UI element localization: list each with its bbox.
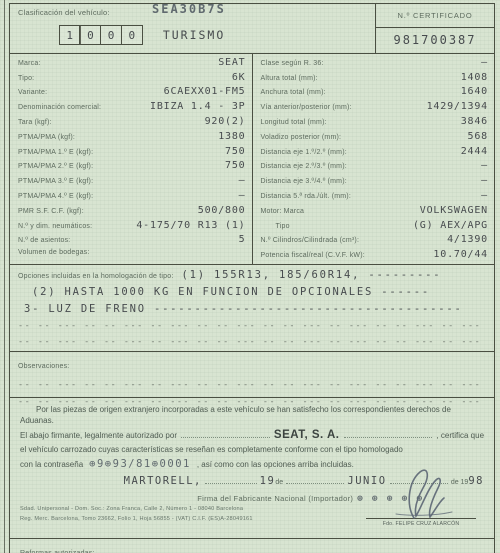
spec-value: SEAT bbox=[218, 57, 245, 68]
spec-value: IBIZA 1.4 - 3P bbox=[150, 101, 246, 112]
spec-value: 500/800 bbox=[198, 205, 246, 216]
conformity-text: el vehículo carrozado cuyas característi… bbox=[20, 444, 484, 455]
reformas-section: Reformas autorizadas: bbox=[10, 538, 494, 553]
spec-label: N.º Cilindros/Cilindrada (cm³): bbox=[261, 237, 360, 244]
spec-label: Tipo bbox=[261, 223, 290, 230]
spec-row: Anchura total (mm):1640 bbox=[261, 86, 489, 101]
spec-value: (G) AEX/APG bbox=[413, 220, 488, 231]
spec-value: 1640 bbox=[461, 86, 488, 97]
spec-row: Distancia eje 3.º/4.º (mm):— bbox=[261, 175, 489, 190]
spec-row: PTMA/PMA 3.º E (kgf):— bbox=[18, 175, 246, 190]
spec-label: Anchura total (mm): bbox=[261, 89, 326, 96]
spec-label: N.º de asientos: bbox=[18, 237, 70, 244]
spec-value: 1380 bbox=[218, 131, 245, 142]
signer-name: Fdo. FELIPE CRUZ ALARCÓN bbox=[366, 518, 476, 528]
spec-value: 1408 bbox=[461, 72, 488, 83]
spec-value: 10.70/44 bbox=[433, 249, 488, 260]
password-post-text: , así como con las opciones arriba inclu… bbox=[197, 459, 354, 470]
spec-row: Distancia 5.ª rda./últ. (mm):— bbox=[261, 190, 489, 205]
spec-label: Longitud total (mm): bbox=[261, 119, 327, 126]
spec-value: 4/1390 bbox=[447, 234, 488, 245]
classification-label: Clasificación del vehículo: bbox=[18, 8, 110, 17]
spec-column-right: Clase según R. 36:—Altura total (mm):140… bbox=[253, 54, 495, 264]
spec-label: Tipo: bbox=[18, 75, 34, 82]
spec-row: PTMA/PMA 2.º E (kgf):750 bbox=[18, 160, 246, 175]
spec-label: Variante: bbox=[18, 89, 47, 96]
spec-label: Volumen de bodegas: bbox=[18, 249, 90, 256]
spec-value: — bbox=[481, 160, 488, 171]
spec-row: PMR S.F. C.F. (kgf):500/800 bbox=[18, 205, 246, 220]
spec-value: 6CAEXX01-FM5 bbox=[164, 86, 246, 97]
spec-label: PTMA/PMA 4.º E (kgf): bbox=[18, 193, 93, 200]
spec-label: Marca: bbox=[18, 60, 41, 67]
homologation-password: ⊕9⊕93/81⊕0001 bbox=[89, 457, 191, 471]
dotted-leader bbox=[205, 476, 257, 484]
spec-label: PTMA/PMA 2.º E (kgf): bbox=[18, 163, 93, 170]
spec-row: Tipo:6K bbox=[18, 72, 246, 87]
spec-value: — bbox=[481, 57, 488, 68]
authorized-post-text: , certifica que bbox=[436, 430, 484, 441]
spec-column-left: Marca:SEATTipo:6KVariante:6CAEXX01-FM5De… bbox=[10, 54, 253, 264]
options-line-2: (2) HASTA 1000 KG EN FUNCION DE OPCIONAL… bbox=[32, 286, 486, 298]
spec-value: — bbox=[239, 190, 246, 201]
spec-value: 6K bbox=[232, 72, 246, 83]
classification-cell: Clasificación del vehículo: SEA30B7S 1 0… bbox=[10, 4, 375, 53]
spec-value: 920(2) bbox=[205, 116, 246, 127]
observations-filler-line: -- -- --- -- -- --- -- --- -- -- --- -- … bbox=[18, 380, 486, 390]
spec-label: Potencia fiscal/real (C.V.F. kW): bbox=[261, 252, 365, 259]
options-header-line: Opciones incluidas en la homologación de… bbox=[18, 269, 486, 281]
spec-row: Altura total (mm):1408 bbox=[261, 72, 489, 87]
certificate-number-label: N.º CERTIFICADO bbox=[376, 4, 494, 28]
class-digit-box: 0 bbox=[79, 25, 101, 45]
spec-value: 3846 bbox=[461, 116, 488, 127]
spec-value: — bbox=[481, 190, 488, 201]
spec-label: Voladizo posterior (mm): bbox=[261, 134, 342, 141]
spec-value: — bbox=[239, 175, 246, 186]
manufacturer-name: SEAT, S. A. bbox=[274, 428, 340, 444]
spec-value: 5 bbox=[239, 234, 246, 245]
options-filler-line: -- -- --- -- -- --- -- --- -- -- --- -- … bbox=[18, 321, 486, 331]
company-address-line: Sdad. Unipersonal - Dom. Soc.: Zona Fran… bbox=[20, 505, 253, 515]
spec-value: 2444 bbox=[461, 146, 488, 157]
declaration-section: Por las piezas de origen extranjero inco… bbox=[10, 398, 494, 538]
spec-label: Denominación comercial: bbox=[18, 104, 101, 111]
spec-row: N.º y dim. neumáticos:4-175/70 R13 (1) bbox=[18, 220, 246, 235]
options-filler-line: -- -- --- -- -- --- -- --- -- -- --- -- … bbox=[18, 337, 486, 347]
spec-row: Potencia fiscal/real (C.V.F. kW):10.70/4… bbox=[261, 249, 489, 264]
spec-label: Tara (kgf): bbox=[18, 119, 52, 126]
spec-label: Distancia 5.ª rda./últ. (mm): bbox=[261, 193, 351, 200]
spec-row: Distancia eje 1.º/2.º (mm):2444 bbox=[261, 146, 489, 161]
password-pre-text: con la contraseña bbox=[20, 459, 83, 470]
observations-label: Observaciones: bbox=[18, 363, 69, 370]
spec-row: Volumen de bodegas: bbox=[18, 249, 246, 264]
spec-row: Vía anterior/posterior (mm):1429/1394 bbox=[261, 101, 489, 116]
options-line-1: (1) 155R13, 185/60R14, --------- bbox=[182, 269, 442, 281]
certificate-frame: Clasificación del vehículo: SEA30B7S 1 0… bbox=[9, 3, 495, 553]
spec-value: 568 bbox=[468, 131, 488, 142]
spec-value: — bbox=[481, 175, 488, 186]
spec-label: Distancia eje 3.º/4.º (mm): bbox=[261, 178, 347, 185]
spec-row: N.º Cilindros/Cilindrada (cm³):4/1390 bbox=[261, 234, 489, 249]
signature-block: Fdo. FELIPE CRUZ ALARCÓN bbox=[366, 468, 476, 528]
options-line-3: 3- LUZ DE FRENO ------------------------… bbox=[24, 303, 486, 315]
spec-label: Vía anterior/posterior (mm): bbox=[261, 104, 352, 111]
class-digit-box: 0 bbox=[121, 25, 143, 45]
spec-label: PTMA/PMA 1.º E (kgf): bbox=[18, 149, 93, 156]
date-de-text: de bbox=[275, 478, 283, 488]
spec-label: PTMA/PMA (kgf): bbox=[18, 134, 75, 141]
spec-row: Denominación comercial:IBIZA 1.4 - 3P bbox=[18, 101, 246, 116]
signature-caption: Firma del Fabricante Nacional (Importado… bbox=[197, 494, 353, 504]
spec-value: 750 bbox=[225, 160, 245, 171]
spec-row: PTMA/PMA 1.º E (kgf):750 bbox=[18, 146, 246, 161]
spec-row: Marca:SEAT bbox=[18, 57, 246, 72]
class-digit-box: 1 bbox=[59, 25, 81, 45]
company-registry-line: Reg. Merc. Barcelona, Tomo 23662, Folio … bbox=[20, 515, 253, 525]
spec-label: Clase según R. 36: bbox=[261, 60, 324, 67]
spec-row: Voladizo posterior (mm):568 bbox=[261, 131, 489, 146]
certificate-number-value: 981700387 bbox=[376, 28, 494, 53]
spec-label: PTMA/PMA 3.º E (kgf): bbox=[18, 178, 93, 185]
signature-place: MARTORELL, bbox=[124, 474, 202, 488]
spec-row: Clase según R. 36:— bbox=[261, 57, 489, 72]
vehicle-class-text: TURISMO bbox=[163, 28, 225, 42]
authorized-pre-text: El abajo firmante, legalmente autorizado… bbox=[20, 430, 177, 441]
spec-row: Motor: MarcaVOLKSWAGEN bbox=[261, 205, 489, 220]
left-edge-rule bbox=[4, 0, 5, 553]
signature-day: 19 bbox=[260, 474, 276, 488]
spec-row: Distancia eje 2.º/3.º (mm):— bbox=[261, 160, 489, 175]
spec-label: Motor: Marca bbox=[261, 208, 305, 215]
observations-section: Observaciones: -- -- --- -- -- --- -- --… bbox=[10, 352, 494, 398]
dotted-leader bbox=[344, 430, 433, 438]
spec-row: Tara (kgf):920(2) bbox=[18, 116, 246, 131]
handwritten-signature bbox=[376, 468, 466, 520]
spec-value: 4-175/70 R13 (1) bbox=[136, 220, 245, 231]
certificate-number-cell: N.º CERTIFICADO 981700387 bbox=[375, 4, 494, 53]
spec-label: Altura total (mm): bbox=[261, 75, 318, 82]
spec-label: Distancia eje 1.º/2.º (mm): bbox=[261, 149, 347, 156]
spec-label: PMR S.F. C.F. (kgf): bbox=[18, 208, 84, 215]
spec-row: N.º de asientos:5 bbox=[18, 234, 246, 249]
spec-label: N.º y dim. neumáticos: bbox=[18, 223, 92, 230]
spec-table: Marca:SEATTipo:6KVariante:6CAEXX01-FM5De… bbox=[10, 54, 494, 265]
options-section: Opciones incluidas en la homologación de… bbox=[10, 265, 494, 352]
spec-row: PTMA/PMA (kgf):1380 bbox=[18, 131, 246, 146]
spec-row: Longitud total (mm):3846 bbox=[261, 116, 489, 131]
spec-row: Variante:6CAEXX01-FM5 bbox=[18, 86, 246, 101]
company-registration-print: Sdad. Unipersonal - Dom. Soc.: Zona Fran… bbox=[20, 505, 253, 524]
spec-value: 1429/1394 bbox=[427, 101, 488, 112]
dotted-leader bbox=[181, 430, 270, 438]
vehicle-certificate-document: Clasificación del vehículo: SEA30B7S 1 0… bbox=[0, 0, 500, 553]
authorization-line: El abajo firmante, legalmente autorizado… bbox=[20, 428, 484, 444]
class-digit-box: 0 bbox=[100, 25, 122, 45]
spec-label: Distancia eje 2.º/3.º (mm): bbox=[261, 163, 347, 170]
dotted-leader bbox=[286, 476, 344, 484]
classification-stamp: SEA30B7S bbox=[152, 2, 226, 16]
options-label: Opciones incluidas en la homologación de… bbox=[18, 273, 174, 280]
classification-code-row: 1 0 0 0 TURISMO bbox=[60, 25, 225, 45]
spec-row: Tipo(G) AEX/APG bbox=[261, 220, 489, 235]
header-section: Clasificación del vehículo: SEA30B7S 1 0… bbox=[10, 4, 494, 54]
spec-value: VOLKSWAGEN bbox=[420, 205, 488, 216]
spec-row: PTMA/PMA 4.º E (kgf):— bbox=[18, 190, 246, 205]
customs-declaration-text: Por las piezas de origen extranjero inco… bbox=[20, 404, 484, 426]
spec-value: 750 bbox=[225, 146, 245, 157]
